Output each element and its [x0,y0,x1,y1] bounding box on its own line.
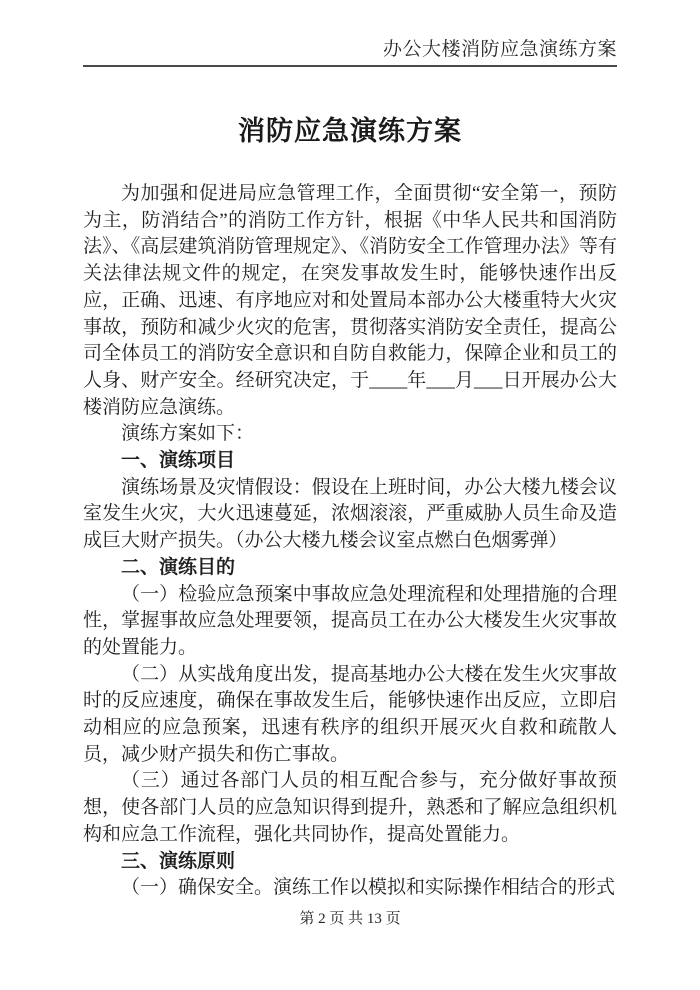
body-paragraph: 演练场景及灾情假设：假设在上班时间，办公大楼九楼会议室发生火灾，大火迅速蔓延，浓… [83,475,617,555]
page-title: 消防应急演练方案 [83,67,617,148]
section-heading: 二、演练目的 [83,555,617,582]
body-paragraph: 演练方案如下： [83,421,617,448]
header-running-title: 办公大楼消防应急演练方案 [383,39,617,60]
body-paragraph: （一）确保安全。演练工作以模拟和实际操作相结合的形式 [83,875,617,902]
body-paragraph: （一）检验应急预案中事故应急处理流程和处理措施的合理性，掌握事故应急处理要领，提… [83,582,617,662]
document-body: 为加强和促进局应急管理工作，全面贯彻“安全第一，预防为主，防消结合”的消防工作方… [83,148,617,902]
body-paragraph: （二）从实战角度出发，提高基地办公大楼在发生火灾事故时的反应速度，确保在事故发生… [83,662,617,769]
page-header: 办公大楼消防应急演练方案 [83,0,617,67]
body-paragraph: （三）通过各部门人员的相互配合参与，充分做好事故预想，使各部门人员的应急知识得到… [83,768,617,848]
page-content-area: 办公大楼消防应急演练方案 消防应急演练方案 为加强和促进局应急管理工作，全面贯彻… [83,0,617,902]
document-page: 办公大楼消防应急演练方案 消防应急演练方案 为加强和促进局应急管理工作，全面贯彻… [0,0,700,990]
section-heading: 一、演练项目 [83,448,617,475]
page-number-indicator: 第 2 页 共 13 页 [299,911,400,927]
section-heading: 三、演练原则 [83,849,617,876]
page-footer: 第 2 页 共 13 页 [0,907,700,928]
body-paragraph: 为加强和促进局应急管理工作，全面贯彻“安全第一，预防为主，防消结合”的消防工作方… [83,181,617,421]
